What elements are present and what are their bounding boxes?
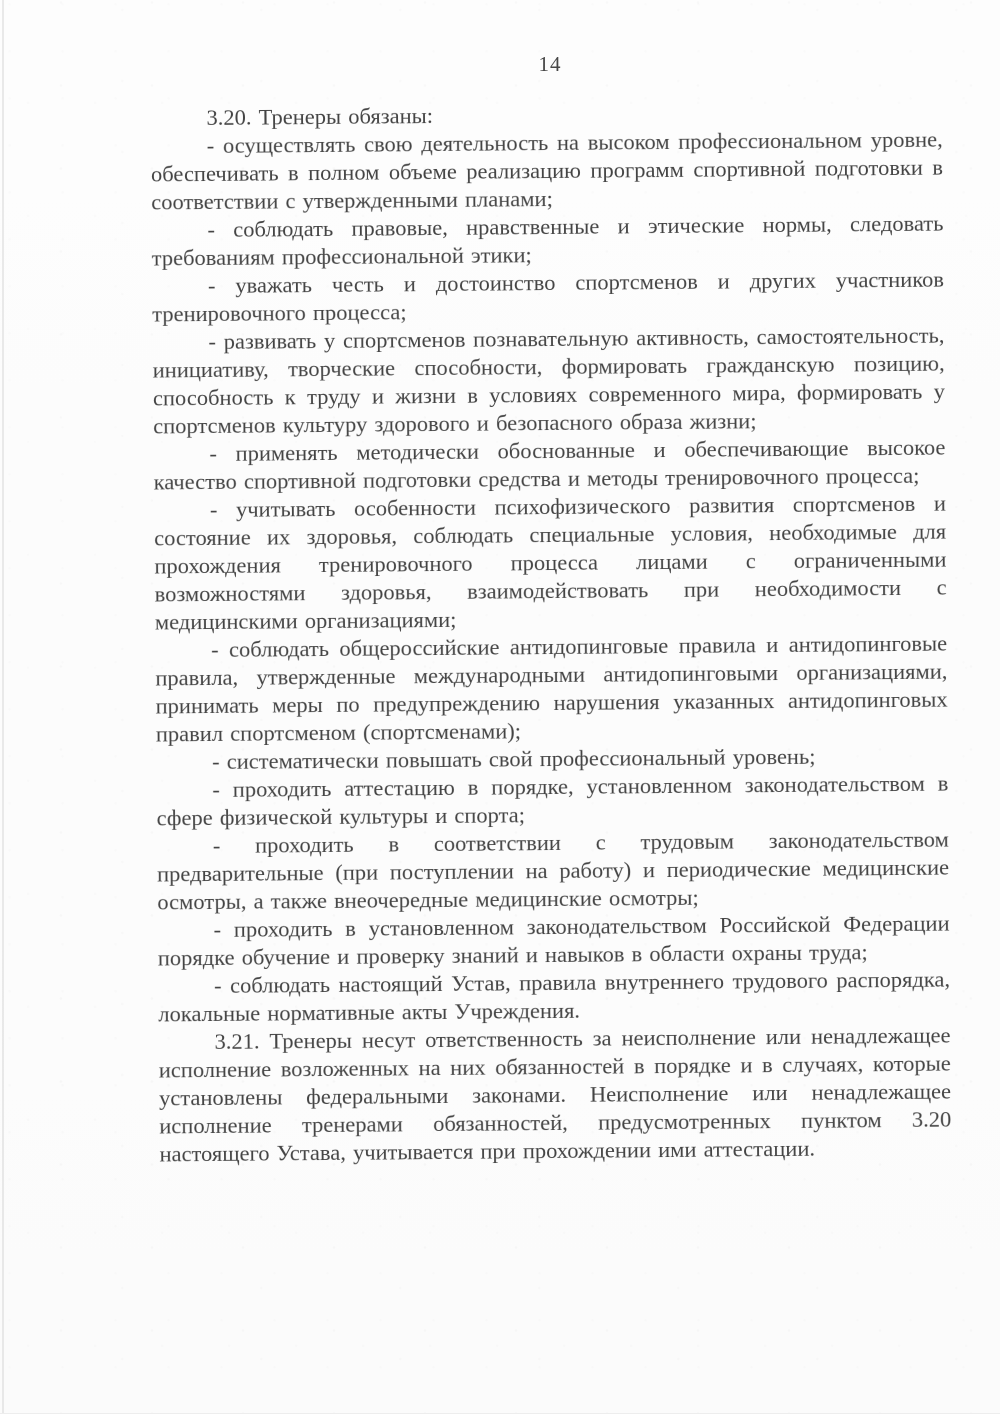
paragraph: - развивать у спортсменов познавательную… xyxy=(152,322,945,441)
paragraph: - соблюдать настоящий Устав, правила вну… xyxy=(158,966,950,1029)
paragraph: - осуществлять свою деятельность на высо… xyxy=(151,126,944,217)
paragraph: - проходить аттестацию в порядке, устано… xyxy=(156,770,948,833)
paragraph: - соблюдать правовые, нравственные и эти… xyxy=(151,210,943,273)
paragraph: - уважать честь и достоинство спортсмено… xyxy=(152,266,944,329)
paragraph: - соблюдать общероссийские антидопинговы… xyxy=(155,630,948,749)
page-number: 14 xyxy=(155,52,945,77)
paragraph: - учитывать особенности психофизического… xyxy=(154,490,947,637)
paragraph: - проходить в соответствии с трудовым за… xyxy=(157,826,950,917)
scanned-document-page: 14 3.20. Тренеры обязаны:- осуществлять … xyxy=(0,0,1000,1414)
document-body: 3.20. Тренеры обязаны:- осуществлять сво… xyxy=(150,98,951,1169)
paragraph: 3.21. Тренеры несут ответственность за н… xyxy=(158,1022,951,1169)
paragraph: - проходить в установленном законодатель… xyxy=(157,910,949,973)
paragraph: - применять методически обоснованные и о… xyxy=(153,434,945,497)
